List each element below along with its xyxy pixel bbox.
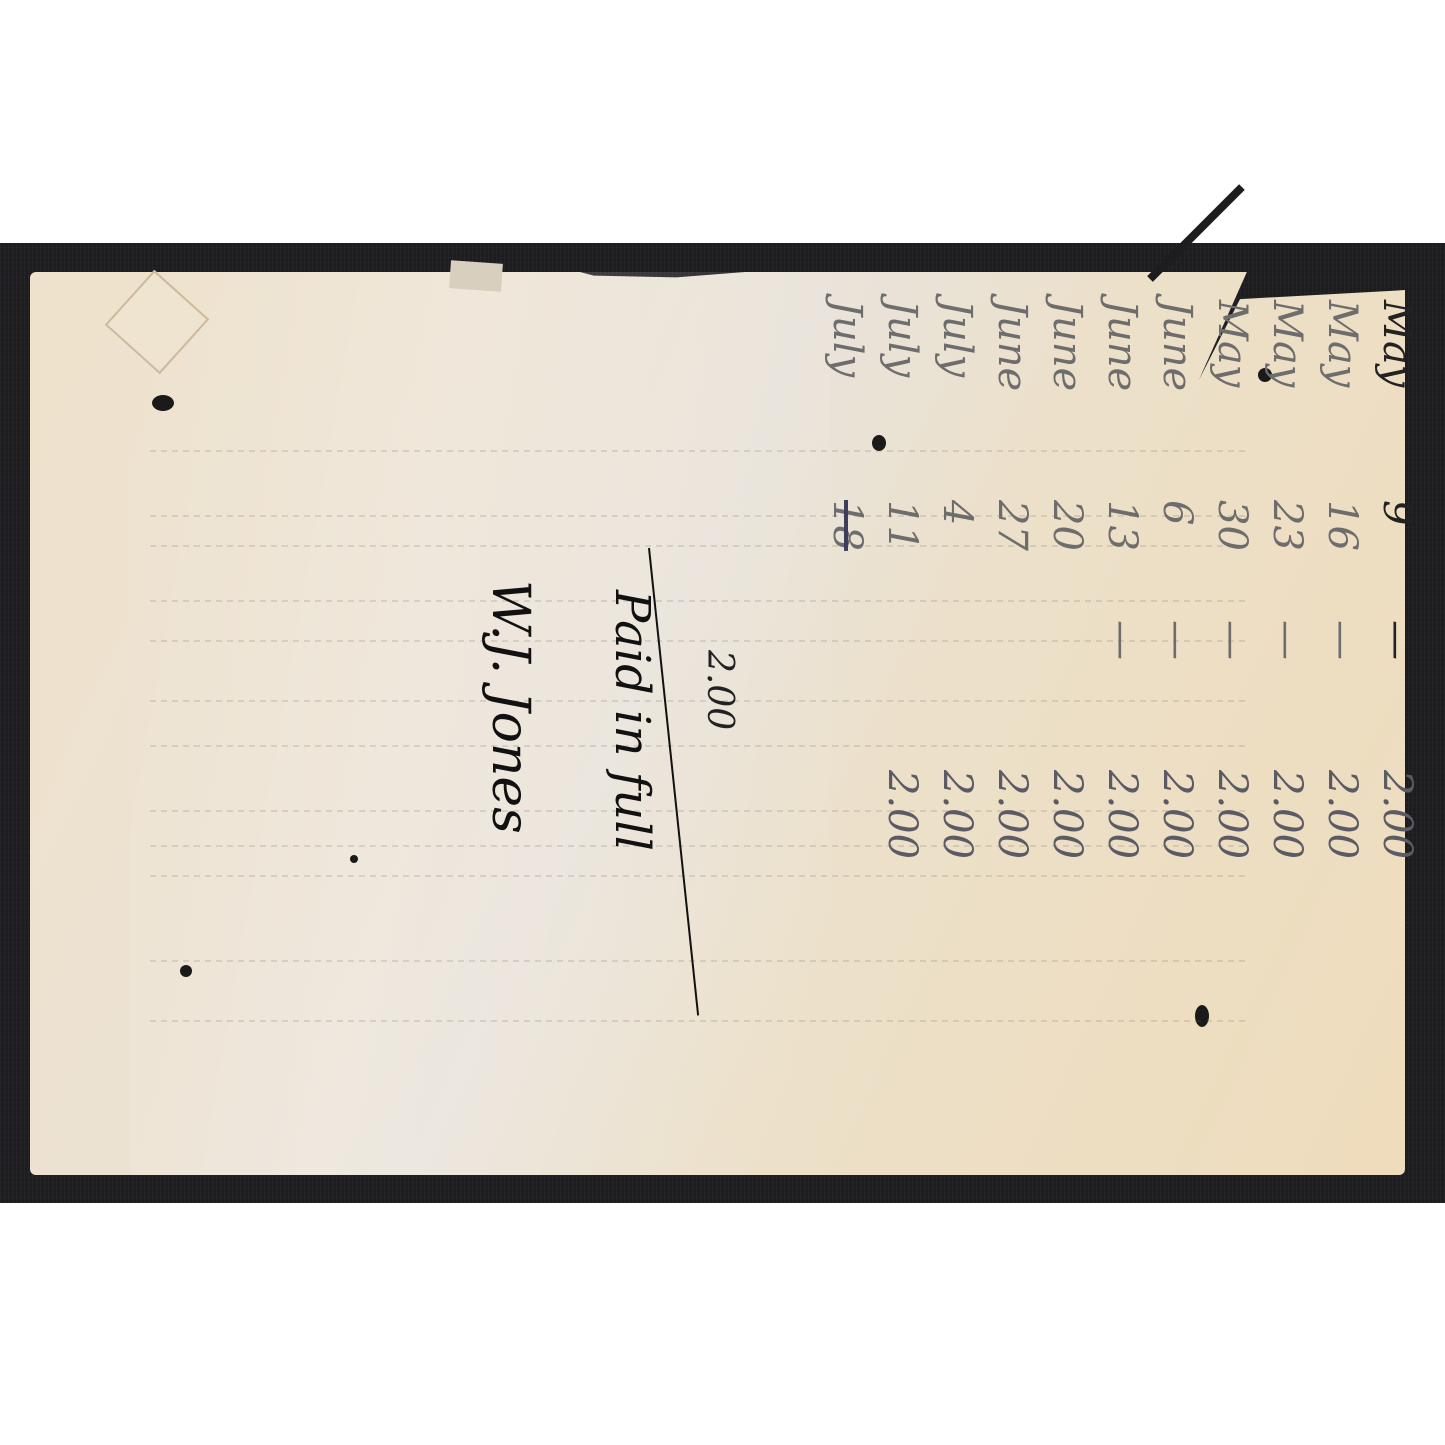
ledger-row: June 27 2.00	[985, 300, 1040, 1120]
final-amount: 2.00	[699, 650, 740, 730]
ledger-row-struck: July 18	[820, 300, 875, 1120]
tape-tab	[449, 260, 503, 292]
ledger-row: July 4 2.00	[930, 300, 985, 1120]
ledger-row: June 6 — 2.00	[1150, 300, 1205, 1120]
paper-hole	[350, 855, 358, 863]
ledger-row: June 13 — 2.00	[1095, 300, 1150, 1120]
ledger-row: June 20 2.00	[1040, 300, 1095, 1120]
ledger-row: May 30 — 2.00	[1205, 300, 1260, 1120]
ledger-row: July 11 2.00	[875, 300, 930, 1120]
paper-hole	[180, 965, 192, 977]
paid-in-full-note: Paid in full	[604, 590, 660, 851]
paper-hole	[152, 395, 174, 411]
signature: W.J. Jones	[480, 580, 540, 834]
ledger-row: May 16 — 2.00	[1315, 300, 1370, 1120]
payment-ledger: May 9 — 2.00 May 16 — 2.00 May 23 — 2.00…	[820, 300, 1425, 1120]
ledger-row: May 9 — 2.00	[1370, 300, 1425, 1120]
ledger-row: May 23 — 2.00	[1260, 300, 1315, 1120]
